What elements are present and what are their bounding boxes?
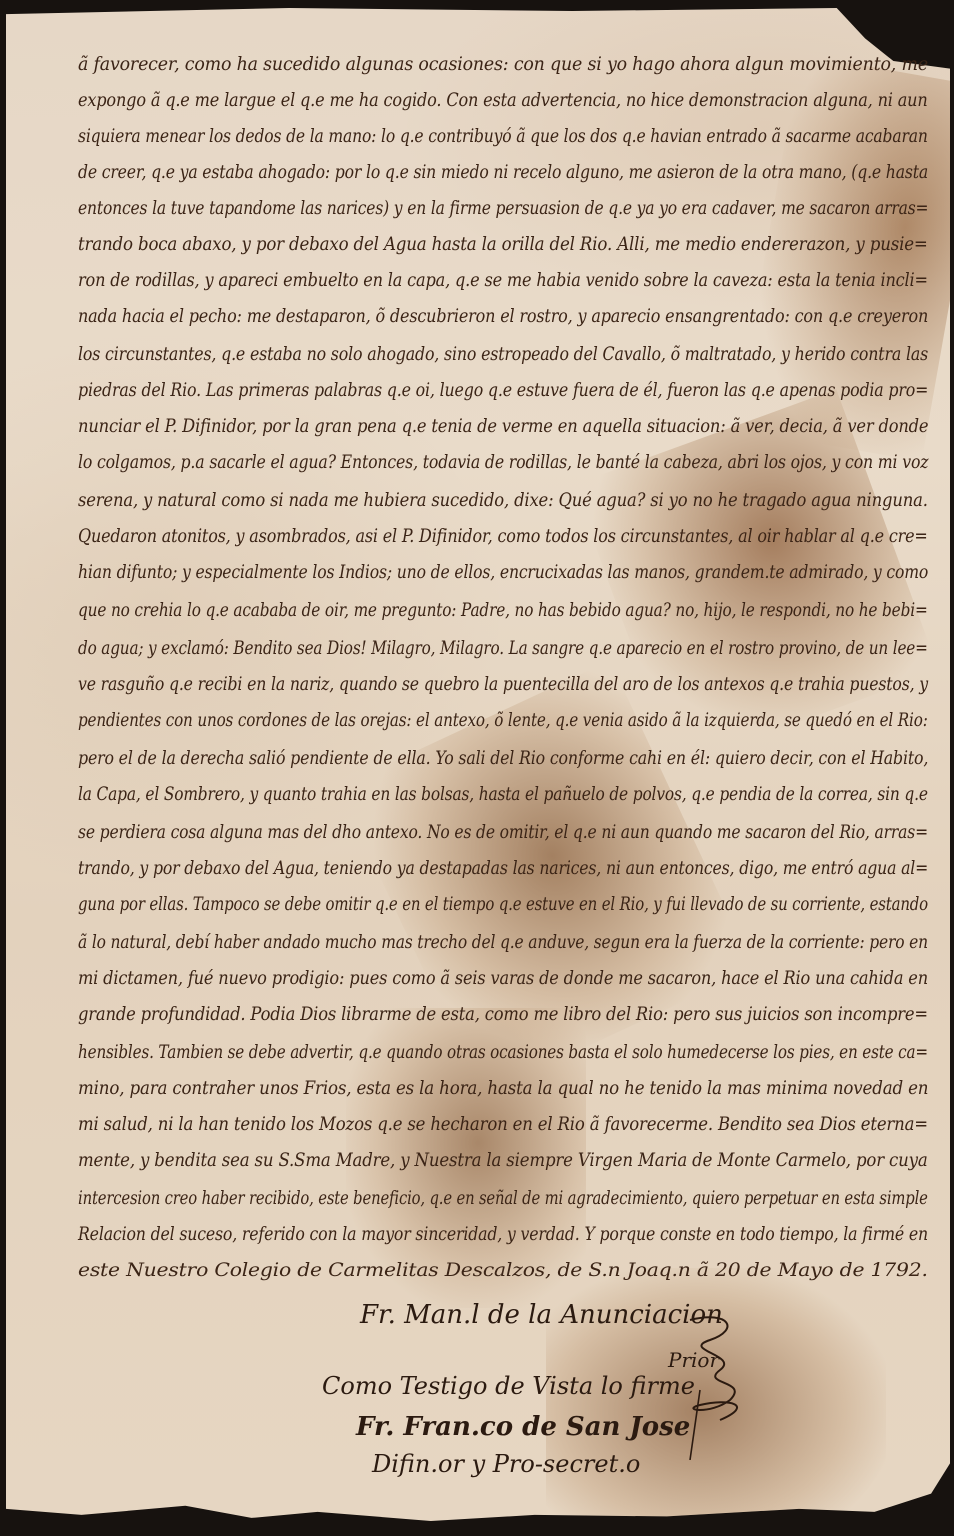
text-line: mino, para contraher unos Frios, esta es… bbox=[78, 1070, 928, 1106]
text-line: ve rasguño q.e recibi en la nariz, quand… bbox=[78, 666, 928, 702]
text-line: expongo ã q.e me largue el q.e me ha cog… bbox=[78, 82, 928, 118]
witness-note: Como Testigo de Vista lo firme bbox=[322, 1372, 695, 1400]
witness-signature: Fr. Fran.co de San Jose bbox=[356, 1412, 690, 1442]
text-line: nada hacia el pecho: me destaparon, õ de… bbox=[78, 298, 928, 334]
text-line: serena, y natural como si nada me hubier… bbox=[78, 482, 928, 518]
text-line: do agua; y exclamó: Bendito sea Dios! Mi… bbox=[78, 630, 928, 666]
text-line: pero el de la derecha salió pendiente de… bbox=[78, 740, 928, 776]
text-line: Relacion del suceso, referido con la may… bbox=[78, 1216, 928, 1252]
text-line: siquiera menear los dedos de la mano: lo… bbox=[78, 118, 928, 154]
text-line: nunciar el P. Difinidor, por la gran pen… bbox=[78, 408, 928, 444]
text-line: grande profundidad. Podia Dios librarme … bbox=[78, 996, 928, 1032]
text-line: trando boca abaxo, y por debaxo del Agua… bbox=[78, 226, 928, 262]
text-line: entonces la tuve tapandome las narices) … bbox=[78, 190, 928, 226]
text-line: los circunstantes, q.e estaba no solo ah… bbox=[78, 336, 928, 372]
text-line: lo colgamos, p.a sacarle el agua? Entonc… bbox=[78, 444, 928, 480]
text-line: Quedaron atonitos, y asombrados, asi el … bbox=[78, 518, 928, 554]
text-line: hensibles. Tambien se debe advertir, q.e… bbox=[78, 1034, 928, 1070]
text-line: piedras del Rio. Las primeras palabras q… bbox=[78, 372, 928, 408]
text-line: pendientes con unos cordones de las orej… bbox=[78, 702, 928, 738]
witness-title: Difin.or y Pro-secret.o bbox=[372, 1450, 640, 1478]
text-line: se perdiera cosa alguna mas del dho ante… bbox=[78, 814, 928, 850]
text-line: mi salud, ni la han tenido los Mozos q.e… bbox=[78, 1106, 928, 1142]
text-line: la Capa, el Sombrero, y quanto trahia en… bbox=[78, 776, 928, 812]
text-line: este Nuestro Colegio de Carmelitas Desca… bbox=[78, 1252, 928, 1288]
text-line: de creer, q.e ya estaba ahogado: por lo … bbox=[78, 154, 928, 190]
text-line: trando, y por debaxo del Agua, teniendo … bbox=[78, 850, 928, 886]
text-line: que no crehia lo q.e acababa de oir, me … bbox=[78, 592, 928, 628]
text-line: guna por ellas. Tampoco se debe omitir q… bbox=[78, 886, 928, 922]
document-viewer: ã favorecer, como ha sucedido algunas oc… bbox=[0, 0, 954, 1536]
text-line: hian difunto; y especialmente los Indios… bbox=[78, 554, 928, 590]
text-line: ã lo natural, debí haber andado mucho ma… bbox=[78, 924, 928, 960]
rubric-flourish-icon bbox=[660, 1310, 760, 1460]
text-line: ã favorecer, como ha sucedido algunas oc… bbox=[78, 46, 928, 82]
text-line: intercesion creo haber recibido, este be… bbox=[78, 1180, 928, 1216]
text-line: ron de rodillas, y apareci embuelto en l… bbox=[78, 262, 928, 298]
text-line: mente, y bendita sea su S.Sma Madre, y N… bbox=[78, 1142, 928, 1178]
text-line: mi dictamen, fué nuevo prodigio: pues co… bbox=[78, 960, 928, 996]
